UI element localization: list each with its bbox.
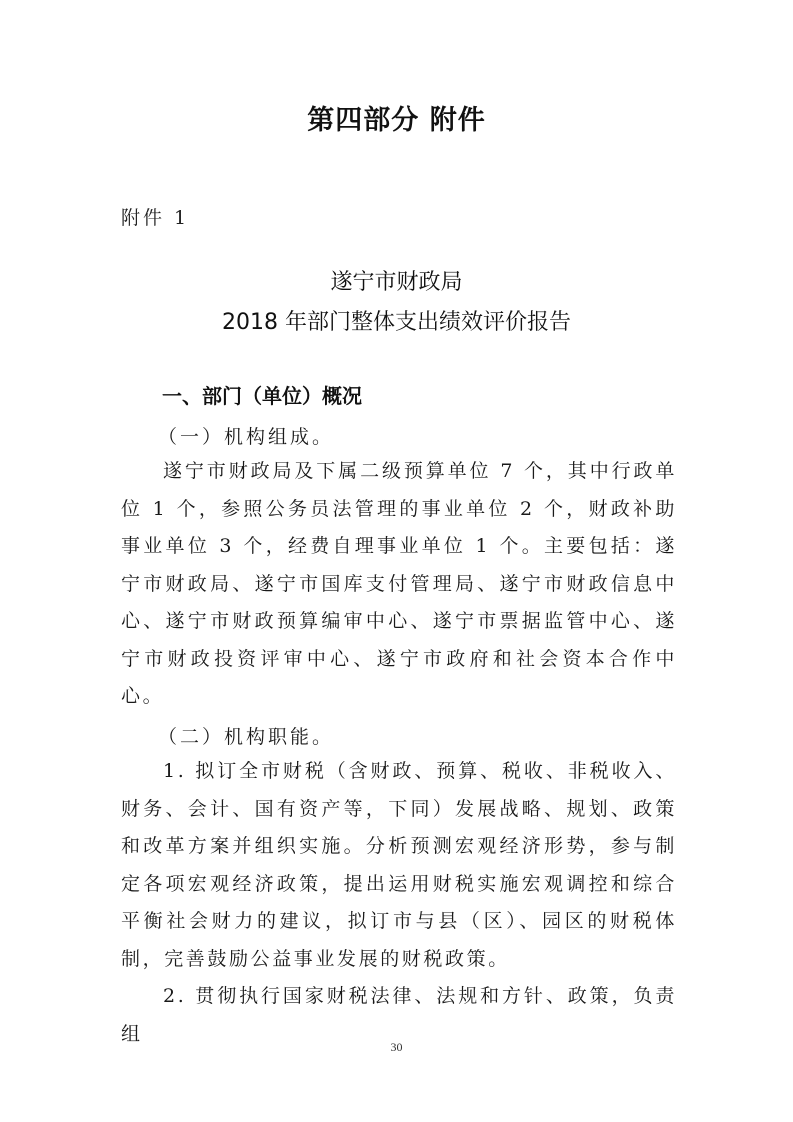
- composition-paragraph: 遂宁市财政局及下属二级预算单位 7 个，其中行政单位 1 个，参照公务员法管理的…: [121, 453, 677, 716]
- subsection-heading-functions: （二）机构职能。: [158, 722, 334, 749]
- subsection-heading-composition: （一）机构组成。: [158, 422, 334, 449]
- report-title-organization: 遂宁市财政局: [0, 265, 793, 296]
- report-title-subject: 2018 年部门整体支出绩效评价报告: [0, 305, 793, 336]
- section-heading-overview: 一、部门（单位）概况: [162, 380, 362, 409]
- composition-paragraph-block: 遂宁市财政局及下属二级预算单位 7 个，其中行政单位 1 个，参照公务员法管理的…: [121, 453, 677, 716]
- functions-paragraph-block: 1. 拟订全市财税（含财政、预算、税收、非税收入、财务、会计、国有资产等，下同）…: [121, 753, 677, 1053]
- page-number: 30: [0, 1040, 793, 1055]
- annex-label: 附件 1: [121, 203, 189, 230]
- part-title: 第四部分 附件: [0, 98, 793, 137]
- document-page: 第四部分 附件 附件 1 遂宁市财政局 2018 年部门整体支出绩效评价报告 一…: [0, 0, 793, 1122]
- function-item-1: 1. 拟订全市财税（含财政、预算、税收、非税收入、财务、会计、国有资产等，下同）…: [121, 753, 677, 978]
